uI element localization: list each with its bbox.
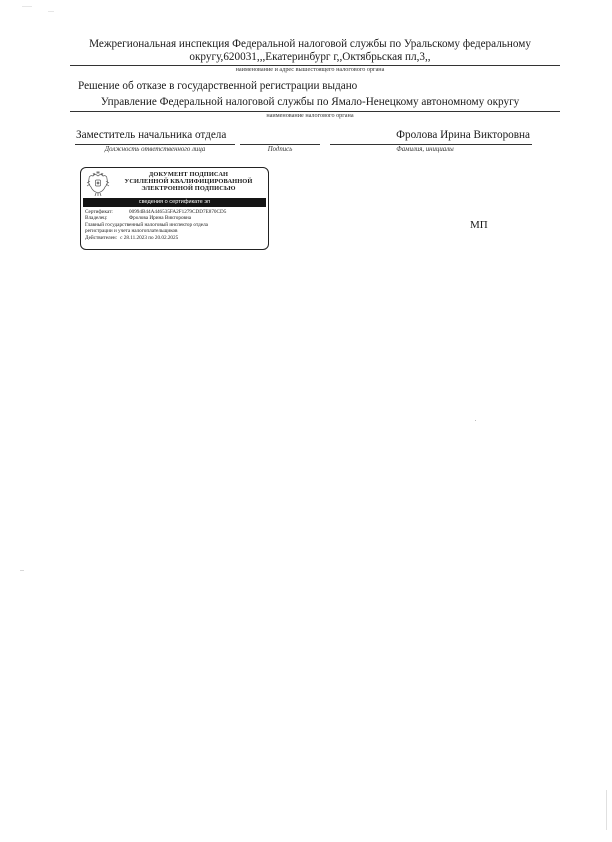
- stamp-title-line1: ДОКУМЕНТ ПОДПИСАН: [111, 171, 266, 178]
- scan-artifact: [22, 6, 32, 7]
- certificate-details: Сертификат: 00994B44A446535FA2F1279CDD7E…: [85, 209, 265, 241]
- higher-authority-caption: наименование и адрес вышестоящего налого…: [60, 66, 560, 73]
- higher-authority-name-line1: Межрегиональная инспекция Федеральной на…: [60, 38, 560, 51]
- signature-underline: [240, 144, 320, 145]
- owner-value: Фролова Ирина Викторовна: [129, 215, 191, 221]
- validity-row: Действителен: с 28.11.2023 по 20.02.2025: [85, 235, 265, 241]
- scan-artifact: [48, 11, 54, 12]
- issuing-authority-caption: наименование налогового органа: [60, 112, 560, 119]
- position-underline: [75, 144, 235, 145]
- name-caption: Фамилия, инициалы: [330, 146, 520, 153]
- owner-label: Владелец:: [85, 215, 129, 221]
- responsible-full-name: Фролова Ирина Викторовна: [396, 129, 530, 142]
- validity-value: с 28.11.2023 по 20.02.2025: [120, 235, 178, 241]
- scan-artifact: [475, 420, 476, 421]
- decision-statement: Решение об отказе в государственной реги…: [78, 80, 357, 93]
- stamp-title-line2: УСИЛЕННОЙ КВАЛИФИЦИРОВАННОЙ: [111, 178, 266, 185]
- name-underline: [330, 144, 532, 145]
- scan-artifact: [20, 570, 24, 571]
- signature-caption: Подпись: [240, 146, 320, 153]
- issuing-authority-name: Управление Федеральной налоговой службы …: [60, 96, 560, 109]
- e-signature-stamp: ДОКУМЕНТ ПОДПИСАН УСИЛЕННОЙ КВАЛИФИЦИРОВ…: [80, 167, 269, 250]
- scan-artifact: [606, 790, 607, 830]
- position-caption: Должность ответственного лица: [75, 146, 235, 153]
- higher-authority-address-line2: округу,620031,,,Екатеринбург г,,Октябрьс…: [60, 51, 560, 64]
- responsible-position: Заместитель начальника отдела: [76, 129, 226, 142]
- validity-label: Действителен:: [85, 235, 117, 241]
- russian-coat-of-arms-icon: [86, 171, 110, 197]
- stamp-title: ДОКУМЕНТ ПОДПИСАН УСИЛЕННОЙ КВАЛИФИЦИРОВ…: [111, 171, 266, 192]
- certificate-info-bar: сведения о сертификате эп: [83, 198, 266, 207]
- seal-place-mark: МП: [470, 219, 488, 231]
- stamp-title-line3: ЭЛЕКТРОННОЙ ПОДПИСЬЮ: [111, 185, 266, 192]
